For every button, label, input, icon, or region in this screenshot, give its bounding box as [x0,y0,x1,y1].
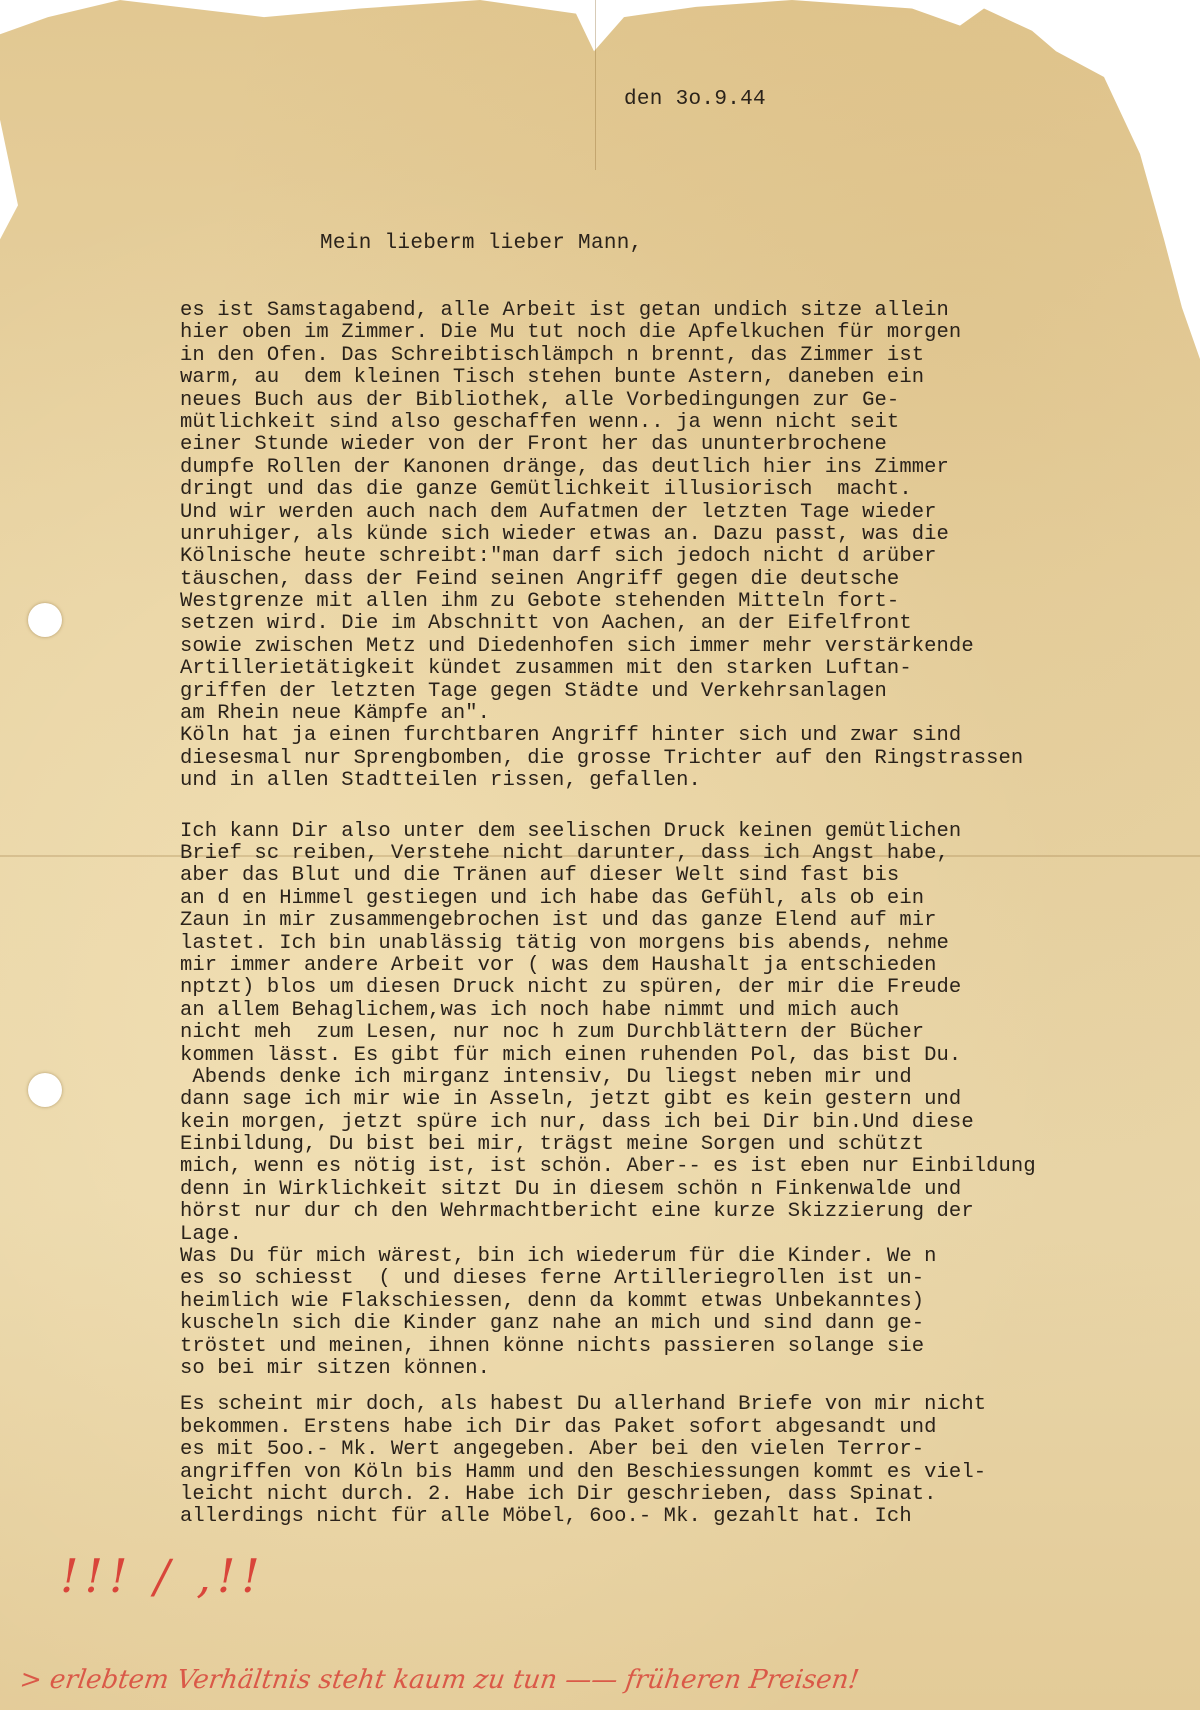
text-line: Einbildung, Du bist bei mir, trägst mein… [180,1134,1036,1156]
text-line: lastet. Ich bin unablässig tätig von mor… [180,933,1036,955]
text-line: es ist Samstagabend, alle Arbeit ist get… [180,300,1036,322]
text-line: in den Ofen. Das Schreibtischlämpch n br… [180,345,1036,367]
text-line: an d en Himmel gestiegen und ich habe da… [180,888,1036,910]
text-line: denn in Wirklichkeit sitzt Du in diesem … [180,1179,1036,1201]
text-line: am Rhein neue Kämpfe an". [180,703,1036,725]
letter-salutation: Mein lieberm lieber Mann, [320,232,643,255]
text-line: an allem Behaglichem,was ich noch habe n… [180,1000,1036,1022]
punch-hole-icon [28,1073,62,1107]
text-line: tröstet und meinen, ihnen könne nichts p… [180,1336,1036,1358]
letter-body: es ist Samstagabend, alle Arbeit ist get… [180,300,1036,1529]
text-line: Was Du für mich wärest, bin ich wiederum… [180,1246,1036,1268]
text-line: Brief sc reiben, Verstehe nicht darunter… [180,843,1036,865]
paragraph: es ist Samstagabend, alle Arbeit ist get… [180,300,1036,793]
text-line: neues Buch aus der Bibliothek, alle Vorb… [180,390,1036,412]
text-line: und in allen Stadtteilen rissen, gefalle… [180,770,1036,792]
text-line: bekommen. Erstens habe ich Dir das Paket… [180,1417,1036,1439]
text-line: dumpfe Rollen der Kanonen dränge, das de… [180,457,1036,479]
text-line: Abends denke ich mirganz intensiv, Du li… [180,1067,1036,1089]
text-line: täuschen, dass der Feind seinen Angriff … [180,569,1036,591]
text-line: Ich kann Dir also unter dem seelischen D… [180,821,1036,843]
paragraph: Es scheint mir doch, als habest Du aller… [180,1394,1036,1528]
text-line: heimlich wie Flakschiessen, denn da komm… [180,1291,1036,1313]
text-line: hörst nur dur ch den Wehrmachtbericht ei… [180,1201,1036,1223]
punch-hole-icon [28,603,62,637]
text-line: nptzt) blos um diesen Druck nicht zu spü… [180,977,1036,999]
text-line: nicht meh zum Lesen, nur noc h zum Durch… [180,1022,1036,1044]
text-line: Zaun in mir zusammengebrochen ist und da… [180,910,1036,932]
text-line: Westgrenze mit allen ihm zu Gebote stehe… [180,591,1036,613]
text-line: dringt und das die ganze Gemütlichkeit i… [180,479,1036,501]
margin-exclamation-marks: !!! / ,!! [60,1555,266,1597]
text-line: warm, au dem kleinen Tisch stehen bunte … [180,367,1036,389]
paragraph: Ich kann Dir also unter dem seelischen D… [180,821,1036,1381]
text-line: es so schiesst ( und dieses ferne Artill… [180,1268,1036,1290]
text-line: Kölnische heute schreibt:"man darf sich … [180,546,1036,568]
text-line: mich, wenn es nötig ist, ist schön. Aber… [180,1156,1036,1178]
text-line: so bei mir sitzen können. [180,1358,1036,1380]
handwritten-note: > erlebtem Verhältnis steht kaum zu tun … [18,1665,861,1695]
paper-fold-vertical [595,0,596,170]
text-line: griffen der letzten Tage gegen Städte un… [180,681,1036,703]
text-line: dann sage ich mir wie in Asseln, jetzt g… [180,1089,1036,1111]
text-line: unruhiger, als künde sich wieder etwas a… [180,524,1036,546]
text-line: setzen wird. Die im Abschnitt von Aachen… [180,613,1036,635]
text-line: leicht nicht durch. 2. Habe ich Dir gesc… [180,1484,1036,1506]
text-line: aber das Blut und die Tränen auf dieser … [180,865,1036,887]
text-line: mütlichkeit sind also geschaffen wenn.. … [180,412,1036,434]
text-line: hier oben im Zimmer. Die Mu tut noch die… [180,322,1036,344]
text-line: kommen lässt. Es gibt für mich einen ruh… [180,1045,1036,1067]
text-line: kein morgen, jetzt spüre ich nur, dass i… [180,1112,1036,1134]
text-line: allerdings nicht für alle Möbel, 6oo.- M… [180,1506,1036,1528]
text-line: angriffen von Köln bis Hamm und den Besc… [180,1462,1036,1484]
text-line: diesesmal nur Sprengbomben, die grosse T… [180,748,1036,770]
text-line: Es scheint mir doch, als habest Du aller… [180,1394,1036,1416]
text-line: Artillerietätigkeit kündet zusammen mit … [180,658,1036,680]
letter-date: den 3o.9.44 [624,88,766,111]
text-line: es mit 5oo.- Mk. Wert angegeben. Aber be… [180,1439,1036,1461]
text-line: Köln hat ja einen furchtbaren Angriff hi… [180,725,1036,747]
text-line: kuscheln sich die Kinder ganz nahe an mi… [180,1313,1036,1335]
text-line: mir immer andere Arbeit vor ( was dem Ha… [180,955,1036,977]
text-line: einer Stunde wieder von der Front her da… [180,434,1036,456]
text-line: sowie zwischen Metz und Diedenhofen sich… [180,636,1036,658]
text-line: Lage. [180,1224,1036,1246]
text-line: Und wir werden auch nach dem Aufatmen de… [180,502,1036,524]
